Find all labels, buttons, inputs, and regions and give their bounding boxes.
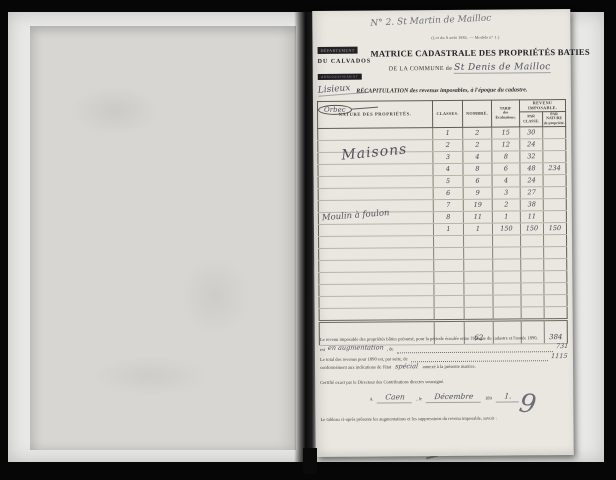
word-de: , de [387,346,394,353]
departement-label: DÉPARTEMENT [318,47,358,54]
cell-tarif: 8 [492,151,520,163]
cell-classe [434,247,464,259]
cell-nature [318,175,433,188]
cell-classe: 2 [433,139,463,151]
cell-tarif: 6 [492,163,520,175]
table-header: NATURE DES PROPRIÉTÉS. CLASSES. NOMBRE. … [317,100,565,129]
revenu-paragraph-line2: est en augmentation , de 731 [320,342,568,354]
cell-nature [319,259,434,272]
cell-nombre: 8 [463,163,492,175]
cell-par_nature [543,150,566,162]
arrondissement-stamp: ARRONDISSEMENT [318,74,362,80]
paper-stain [90,356,210,396]
cell-tarif: 150 [492,223,520,235]
cell-tarif: 3 [492,187,520,199]
cell-classe: 5 [433,175,463,187]
cell-nombre: 6 [463,175,492,187]
binding-tab [303,448,317,474]
cell-par_nature: 234 [543,162,566,174]
cell-nombre [464,235,493,247]
cell-nature [319,307,434,321]
cell-par_classe [521,246,544,258]
cell-tarif [493,295,521,307]
left-blank-page [30,26,296,450]
handwritten-place: Caen [376,391,413,404]
cell-nature [319,295,434,308]
cell-nombre: 2 [463,127,492,139]
cell-tarif: 2 [492,199,520,211]
cell-nombre [464,307,493,320]
cell-nombre: 4 [463,151,492,163]
form-title: MATRICE CADASTRALE DES PROPRIÉTÉS BATIES [371,47,569,59]
cell-par_classe: 27 [520,186,543,198]
handwritten-augmentation: en augmentation [328,343,385,353]
cell-classe: 1 [433,223,463,235]
cell-nature [319,247,434,260]
cell-tarif: 4 [492,175,520,187]
le-label: , le [416,397,422,404]
cell-par_nature [543,186,566,198]
cell-tarif [493,247,521,259]
cell-par_classe [521,306,544,319]
cell-tarif [493,283,521,295]
cell-nature [318,223,433,236]
cell-par_classe [521,258,544,270]
cell-par_nature [543,174,566,186]
cell-par_classe: 150 [520,222,543,234]
cell-par_nature [543,198,566,210]
header-classes: CLASSES. [432,100,462,127]
cell-nombre [464,271,493,283]
cell-nature [318,163,433,176]
paper-stain [180,256,250,336]
total-revenu-amount: 1115 [551,352,568,362]
handwritten-month: Décembre [425,391,481,404]
cell-par_classe [521,270,544,282]
conformement-text-b: annexé à la présente matrice. [423,364,476,369]
conformement-text-a: conformément aux indications de l'état [320,365,391,371]
cell-nature [318,127,433,140]
header-tarif: TARIF des Évaluations. [491,100,519,127]
header-nombre: NOMBRE. [462,100,491,127]
cell-par_classe: 38 [520,198,543,210]
handwritten-etat-name: spécial [395,363,419,373]
cell-classe: 6 [433,187,463,199]
scanned-register-view: N° 2. St Martin de Mailloc (Loi du 8 aoû… [0,0,616,480]
law-citation: (Loi du 8 août 1885. — Modèle n° 1.) [400,34,530,40]
book-sheet: N° 2. St Martin de Mailloc (Loi du 8 aoû… [8,12,604,462]
cell-par_nature [544,294,567,306]
cell-classe: 8 [433,211,463,223]
cell-par_nature: 150 [543,222,566,234]
cell-tarif [493,235,521,247]
paper-stain [70,86,160,136]
cell-par_classe [521,282,544,294]
cell-par_classe: 11 [520,210,543,222]
cell-par_classe: 32 [520,150,543,162]
cell-classe: 3 [433,151,463,163]
cell-classe: 7 [433,199,463,211]
conformement-line: conformément aux indications de l'état s… [320,361,568,373]
handwritten-year-digit: 1. [495,390,519,402]
commune-line: DE LA COMMUNE de St Denis de Mailloc [371,62,569,74]
cell-classe [434,271,464,283]
header-revenu-imposable: REVENU IMPOSABLE. [519,100,565,112]
cell-par_nature [544,258,567,270]
recapitulation-table: NATURE DES PROPRIÉTÉS. CLASSES. NOMBRE. … [317,99,568,346]
cell-tarif [493,259,521,271]
place-label: A [370,397,373,404]
cell-nature [319,283,434,296]
augmentation-amount: 731 [555,342,568,352]
cell-nombre: 1 [463,223,492,235]
handwritten-top-annotation: N° 2. St Martin de Mailloc [370,11,550,29]
header-nature: NATURE DES PROPRIÉTÉS. [317,101,432,129]
cell-par_nature [544,246,567,258]
cell-classe [434,295,464,307]
cell-par_nature [543,138,566,150]
cell-nombre [464,295,493,307]
cell-tarif [493,307,521,320]
cell-nombre: 2 [463,139,492,151]
year-printed: 189 [485,396,492,403]
header-par-classe: PAR CLASSE. [520,111,543,126]
cell-par_classe: 30 [520,126,543,138]
cell-par_classe: 24 [520,174,543,186]
cell-classe [434,235,464,247]
cell-classe [434,259,464,271]
recapitulation-table-wrap: NATURE DES PROPRIÉTÉS. CLASSES. NOMBRE. … [317,99,569,346]
cell-classe [434,283,464,295]
cell-classe: 1 [433,127,463,139]
cell-par_classe [521,294,544,306]
cell-par_nature [544,234,567,246]
cell-nombre [464,247,493,259]
cell-nature [319,271,434,284]
recap-heading: RÉCAPITULATION des revenus imposables, à… [333,87,551,95]
cell-par_nature [543,210,566,222]
cell-nombre: 9 [463,187,492,199]
cell-nature [318,187,433,200]
cell-nombre [464,283,493,295]
cell-tarif: 12 [492,139,520,151]
certification-line: Certifié exact par le Directeur des Cont… [320,378,568,387]
cell-tarif: 1 [492,211,520,223]
cell-par_classe [521,234,544,246]
cell-classe: 4 [433,163,463,175]
commune-label: DE LA COMMUNE de [389,66,453,72]
cell-par_nature [544,270,567,282]
cell-nombre [464,259,493,271]
cell-par_nature [544,282,567,294]
word-est: est [320,347,325,354]
cell-nombre: 11 [463,211,492,223]
title-block: MATRICE CADASTRALE DES PROPRIÉTÉS BATIES… [371,47,569,74]
cell-tarif: 15 [492,127,520,139]
cell-nature [319,235,434,248]
cell-par_classe: 48 [520,162,543,174]
cell-nombre: 19 [463,199,492,211]
header-par-nature: PAR NATURE de propriété. [543,111,566,126]
cell-par_nature [543,126,566,138]
cell-par_nature [544,306,567,319]
cell-tarif [493,271,521,283]
cell-classe [434,307,464,320]
matrice-form-page: N° 2. St Martin de Mailloc (Loi du 8 aoû… [312,9,573,457]
commune-value: St Denis de Mailloc [454,62,551,74]
cell-par_classe: 24 [520,138,543,150]
